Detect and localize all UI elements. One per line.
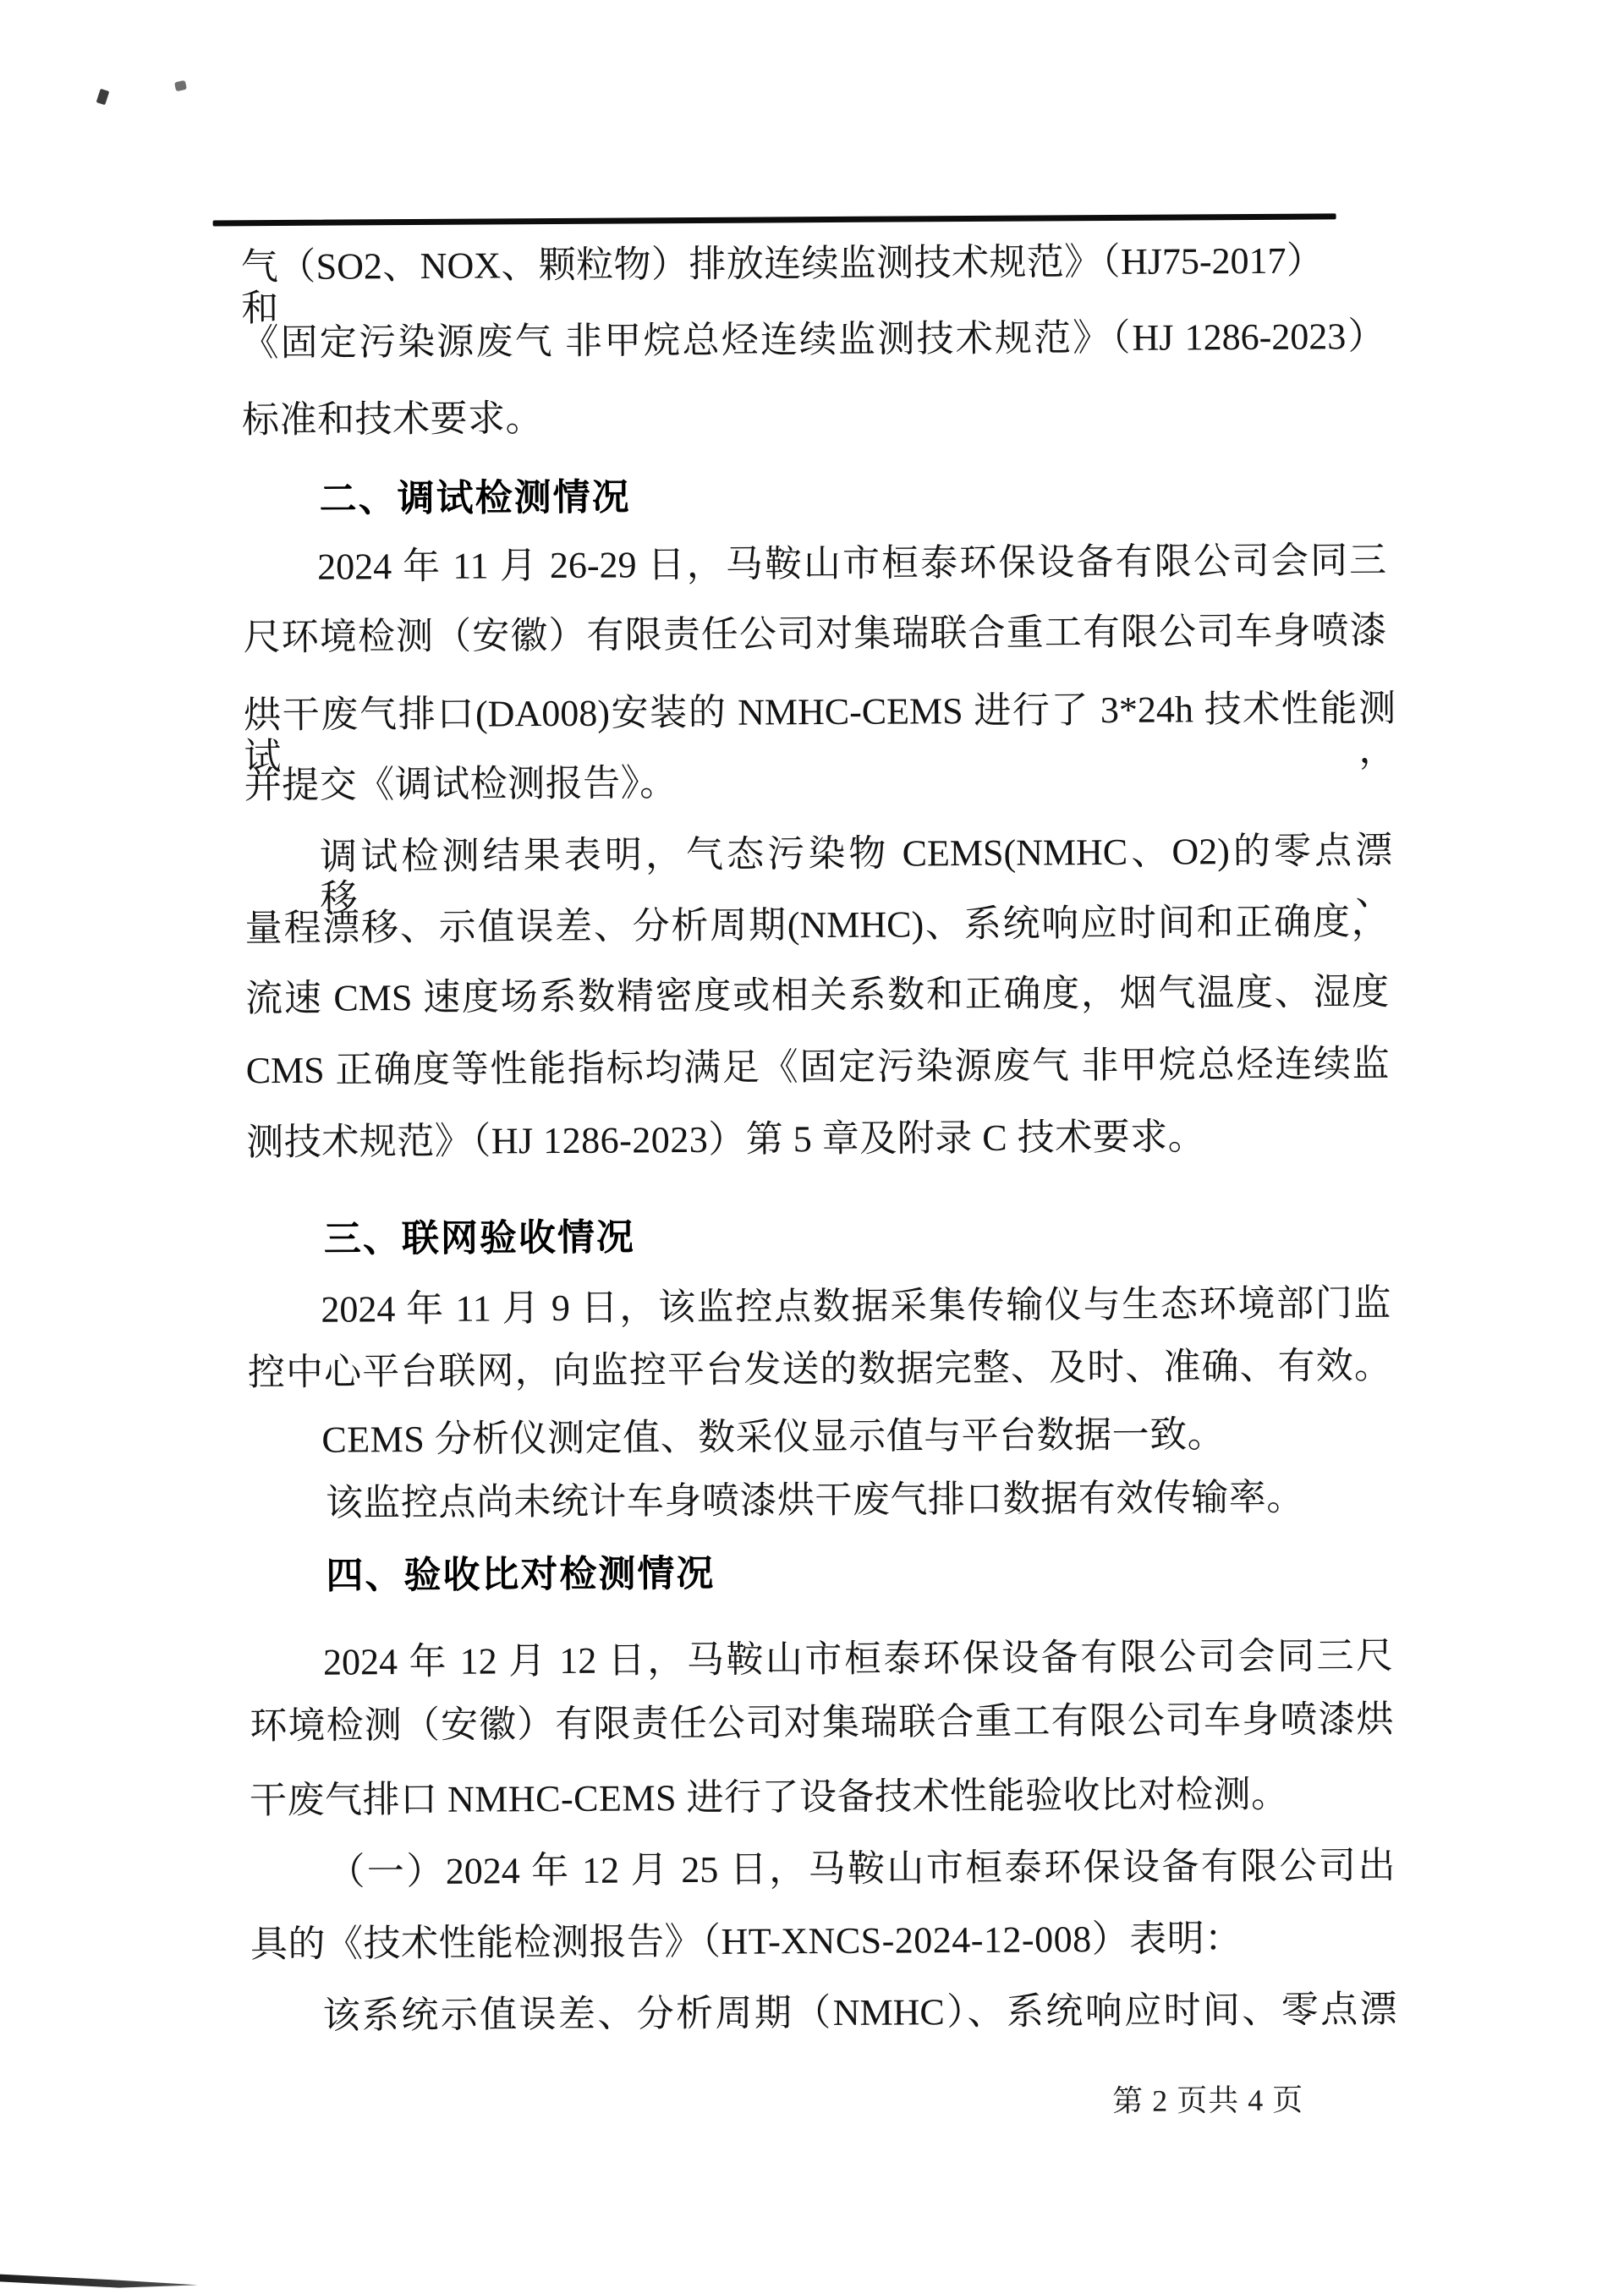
page-number: 第 2 页共 4 页 xyxy=(1112,2077,1303,2121)
section-heading-2: 二、调试检测情况 xyxy=(319,476,630,520)
body-line: CMS 正确度等性能指标均满足《固定污染源废气 非甲烷总烃连续监 xyxy=(246,1043,1390,1092)
body-line: 尺环境检测（安徽）有限责任公司对集瑞联合重工有限公司车身喷漆 xyxy=(243,610,1386,659)
body-line: 量程漂移、示值误差、分析周期(NMHC)、系统响应时间和正确度， xyxy=(245,901,1389,950)
body-line: 2024 年 12 月 12 日，马鞍山市桓泰环保设备有限公司会同三尺 xyxy=(323,1635,1393,1683)
body-line: （一）2024 年 12 月 25 日，马鞍山市桓泰环保设备有限公司出 xyxy=(327,1845,1395,1893)
body-line: 标准和技术要求。 xyxy=(242,398,543,441)
body-line: 2024 年 11 月 9 日，该监控点数据采集传输仪与生态环境部门监 xyxy=(321,1282,1391,1331)
body-line: 《固定污染源废气 非甲烷总烃连续监测技术规范》（HJ 1286-2023） xyxy=(241,316,1385,365)
scanned-document-page: 气（SO2、NOX、颗粒物）排放连续监测技术规范》（HJ75-2017）和 《固… xyxy=(0,0,1624,2294)
scan-horizontal-line-artifact xyxy=(213,213,1336,226)
body-line: 环境检测（安徽）有限责任公司对集瑞联合重工有限公司车身喷漆烘 xyxy=(250,1699,1393,1748)
section-heading-3: 三、联网验收情况 xyxy=(324,1216,635,1260)
body-line: 并提交《调试检测报告》。 xyxy=(244,762,678,806)
document-content: 气（SO2、NOX、颗粒物）排放连续监测技术规范》（HJ75-2017）和 《固… xyxy=(0,0,1624,2294)
body-line: 具的《技术性能检测报告》（HT-XNCS-2024-12-008）表明： xyxy=(250,1918,1243,1965)
body-line: CEMS 分析仪测定值、数采仪显示值与平台数据一致。 xyxy=(321,1413,1225,1461)
body-line: 2024 年 11 月 26-29 日，马鞍山市桓泰环保设备有限公司会同三 xyxy=(317,540,1386,588)
body-line: 流速 CMS 速度场系数精密度或相关系数和正确度，烟气温度、湿度 xyxy=(245,971,1389,1020)
body-line: 该系统示值误差、分析周期（NMHC）、系统响应时间、零点漂 xyxy=(322,1989,1396,2037)
body-line: 测技术规范》（HJ 1286-2023）第 5 章及附录 C 技术要求。 xyxy=(246,1116,1205,1163)
body-line: 干废气排口 NMHC-CEMS 进行了设备技术性能验收比对检测。 xyxy=(250,1774,1289,1822)
body-line: 该监控点尚未统计车身喷漆烘干废气排口数据有效传输率。 xyxy=(326,1477,1304,1524)
section-heading-4: 四、验收比对检测情况 xyxy=(326,1553,715,1597)
body-line: 控中心平台联网，向监控平台发送的数据完整、及时、准确、有效。 xyxy=(248,1345,1391,1394)
